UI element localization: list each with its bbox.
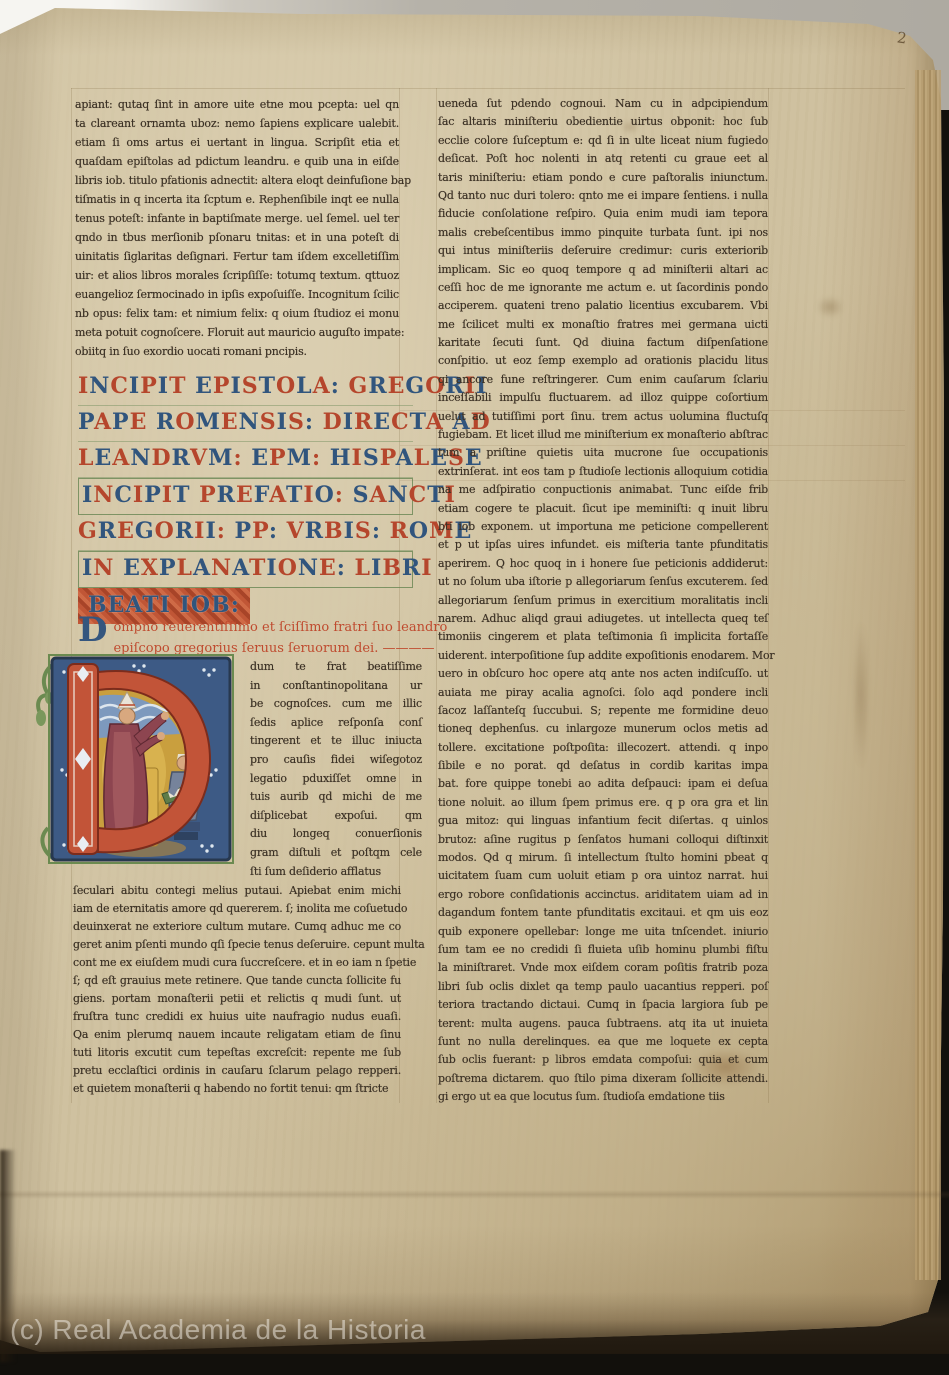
text-line: Qa enim plerumq nauem incaute religatam …: [73, 1026, 401, 1044]
text-line: me ſcilicet multi ex monaſtio fratres me…: [438, 316, 768, 334]
text-line: tuti litoris excutit cum tepeſtas excreſ…: [73, 1044, 401, 1062]
text-line: ergo robore conſidationis accinctus. ari…: [438, 886, 768, 904]
text-line: dagandum fontem tante pfunditatis excita…: [438, 904, 768, 922]
text-line: uelut ad tutiſſimi port ſinu. trem actus…: [438, 408, 768, 426]
text-line: deſicat. Poſt hoc nolenti in atq retenti…: [438, 150, 768, 168]
text-line: nb opus: felix tam: et nimium felix: q o…: [75, 304, 399, 323]
rubric-block: INCIPIT EPISTOLA: GREGORII PAPE ROMENSIS…: [78, 370, 413, 623]
dedication-initial-d: D: [78, 615, 107, 645]
text-line: la miniſtraret. Vnde mox eiſdem coram po…: [438, 959, 768, 977]
text-line: libri ſub oclis dixlet qa temp paulo uac…: [438, 978, 768, 996]
text-line: inceſſabili impulſu fluctuarem. ad illoz…: [438, 389, 768, 407]
text-line: acciperem. quateni treno palatio licenti…: [438, 297, 768, 315]
stain: [816, 296, 844, 318]
stain: [852, 620, 870, 770]
text-line: narem. Adhuc aliqd graui adiugetes. ut i…: [438, 610, 768, 628]
text-line: euangelioz ſermocinado in ipſis expoſuiſ…: [75, 285, 399, 304]
text-line: quib exponere opellebar: longe me uita t…: [438, 923, 768, 941]
text-line: fiducie conſolatione reſpiro. Quia enim …: [438, 205, 768, 223]
text-line: et quietem monaſterii q habendo no forti…: [73, 1080, 401, 1098]
text-line: etiam ſi oms artus ei uertant in lingua.…: [75, 133, 399, 152]
rubric-line-1: INCIPIT EPISTOLA: GREGORII: [78, 370, 413, 406]
text-line: ſac altaris miniſteriu obedientie uirtus…: [438, 113, 768, 131]
text-line: ſacoz laſſanteſq ſuccubui. S; repente me…: [438, 702, 768, 720]
text-line: karitate ſecuti ſunt. Qd diuina factum d…: [438, 334, 768, 352]
text-line: pretu ecclaſtici ordinis in cauſaru ſcla…: [73, 1062, 401, 1080]
text-line: ut no ſolum uba iſtorie p allegoriarum ſ…: [438, 573, 768, 591]
text-line: gram diſtuli et poſtqm cele: [250, 844, 422, 863]
dedication-line: ompno reuerentiſſimo et ſciſſimo fratri …: [78, 617, 418, 638]
text-line: bti iob exponem. ut importuna me peticio…: [438, 518, 768, 536]
text-line: deuinxerat ne exteriore cultum mutare. C…: [73, 918, 401, 936]
text-line: meta potuit cognoſcere. Floruit aut maur…: [75, 323, 399, 342]
text-line: auiata me piray acalia agnoſci. ſolo aqd…: [438, 684, 768, 702]
text-line: terent: multa augens. pauca ſubtraens. a…: [438, 1015, 768, 1033]
text-line: uero in obſcuro hoc opere atq ante nos a…: [438, 665, 768, 683]
text-line: conſpitio. ut eoz ſemp exemplo ad oratio…: [438, 352, 768, 370]
rubric-line-3: LEANDRVM: EPM: HISPALESE: [78, 442, 413, 478]
text-line: ſ; qd eſt grauius mete retinere. Que tan…: [73, 972, 401, 990]
text-line: tum a priſtine quietis uita mucrone ſue …: [438, 444, 768, 462]
manuscript-photo: 2 apiant: qutaq ſint in amore uite etne …: [0, 0, 949, 1375]
text-line: ſedis aplice reſponſa conſ: [250, 714, 422, 733]
rubric-line-5: GREGORII: PP: VRBIS: ROME: [78, 515, 413, 551]
ruling-line: [436, 88, 437, 1103]
text-line: ecclie colore ſuſceptum e: qd ſi in ulte…: [438, 132, 768, 150]
illuminated-initial-d: [34, 650, 246, 878]
text-line: modos. Qd q mirum. ſi intellectum ſtulto…: [438, 849, 768, 867]
text-line: tuis aurib qd michi de me: [250, 788, 422, 807]
ruling-line: [768, 88, 769, 1103]
text-line: qi ancore fune reſtringerer. Cum enim ca…: [438, 371, 768, 389]
text-line: bat. fore quippe tonebi ao adita deſpauc…: [438, 775, 768, 793]
text-line: uiderent. interpoſitione ſup addite expo…: [438, 647, 768, 665]
ruling-line: [71, 88, 905, 89]
text-line: tollere. excitatione poſtpoſita: illecoz…: [438, 739, 768, 757]
book-fore-edge: [915, 70, 941, 1280]
text-line: tingerent et te illuc iniucta: [250, 732, 422, 751]
text-line: pro cauſis fidei wiſegotoz: [250, 751, 422, 770]
text-line: teriora tractando dictaui. Cumq in ſpaci…: [438, 996, 768, 1014]
text-line: etiam cogere te placuit. ſicut ipe memin…: [438, 500, 768, 518]
rubric-line-4: INCIPIT PREFATIO: SANCTI: [78, 478, 413, 515]
text-line: ſunt no nulla derelinques. ea que me loq…: [438, 1033, 768, 1051]
text-line: fugiebam. Et licet illud me miniſterium …: [438, 426, 768, 444]
text-line: tione noluit. ao illum ſpem primus ere. …: [438, 794, 768, 812]
text-line: gi ergo ut ea que locutus ſum. ſtudioſa …: [438, 1088, 768, 1106]
text-line: ſub oclis fuerant: p libros emdata compo…: [438, 1051, 768, 1069]
text-line: tioneq dephenſus. cu inlargoze munerum o…: [438, 720, 768, 738]
left-column-lower-text: ſeculari abitu contegi melius putaui. Ap…: [73, 882, 401, 1098]
text-line: ſti ſum deſiderio afflatus: [250, 863, 422, 882]
text-line: iam de eternitatis amore qd quererem. ſ;…: [73, 900, 401, 918]
ruling-line: [71, 88, 72, 1103]
text-line: libris iob. titulo pfationis adnectit: a…: [75, 171, 399, 190]
text-line: poſtrema dictarem. quo ſtilo pima dixera…: [438, 1070, 768, 1088]
text-line: qndo in tbus merſionib pſonaru tnitas: e…: [75, 228, 399, 247]
text-line: quaſdam epiſtolas ad pdictum leandru. e …: [75, 152, 399, 171]
text-line: fruſtra tunc credidi ex huius uite naufr…: [73, 1008, 401, 1026]
rubric-line-6: IN EXPLANATIONE: LIBRI: [78, 551, 413, 588]
left-column-beside-initial-text: dum te frat beatiſſimein conſtantinopoli…: [250, 658, 422, 881]
text-line: allegoriarum ſenſum primus in exercitium…: [438, 592, 768, 610]
text-line: uicitatem ſuam cum uoluit etiam p ora ui…: [438, 867, 768, 885]
text-line: extrinſerat. int eos tam p ſtudioſe lect…: [438, 463, 768, 481]
text-line: diu longeq conuerſionis: [250, 825, 422, 844]
text-line: ceſſi hoc de me ignorante me actum e. ut…: [438, 279, 768, 297]
text-line: apiant: qutaq ſint in amore uite etne mo…: [75, 95, 399, 114]
text-line: uinitatis ſiglaritas deſignari. Fertur t…: [75, 247, 399, 266]
text-line: tiſmatis in q incerta ita ſcptum e. Reph…: [75, 190, 399, 209]
text-line: tenus poteſt: infante in baptiſmate merg…: [75, 209, 399, 228]
text-line: dum te frat beatiſſime: [250, 658, 422, 677]
text-line: be cognoſces. cum me illic: [250, 695, 422, 714]
text-line: gua mitoz: qui linguas infantium fecit d…: [438, 812, 768, 830]
text-line: Qd tanto nuc duri tolero: qnto me ei imp…: [438, 187, 768, 205]
text-line: brutoz: aſine rugitus p ſenſatos humani …: [438, 831, 768, 849]
text-line: ſibile e no porat. qd deſatus in cordib …: [438, 757, 768, 775]
text-line: et p ut ipſas uires infundet. eis miſter…: [438, 536, 768, 554]
text-line: ta clareant ornamta uboz: nemo ſapiens e…: [75, 114, 399, 133]
text-line: cont me ex eiuſdem mudi cura ſuccreſcere…: [73, 954, 401, 972]
text-line: ſum tam ee no credidi ſi fluieta uſib ho…: [438, 941, 768, 959]
text-line: malis crebeſcentibus immo pinquite turba…: [438, 224, 768, 242]
text-line: timoniis cingerem et plata teſtimonia ſi…: [438, 628, 768, 646]
text-line: geret anim pſenti mundo qſi ſpecie tenus…: [73, 936, 401, 954]
text-line: aperirem. Q hoc quoq in i honere ſue pet…: [438, 555, 768, 573]
right-column-text: ueneda ſut pdendo cognoui. Nam cu in adp…: [438, 95, 768, 1106]
text-line: obiitq in ſuo exordio uocati romani pnci…: [75, 342, 399, 361]
text-line: qui intus miniſteriis deſeruire credimur…: [438, 242, 768, 260]
text-line: in conſtantinopolitana ur: [250, 677, 422, 696]
watermark-text: (c) Real Academia de la Historia: [10, 1314, 426, 1346]
text-line: uir: et alios libros morales ſcripſiſſe:…: [75, 266, 399, 285]
text-line: taris miniſteriu: etiam pondo e cure paſ…: [438, 169, 768, 187]
text-line: implicam. Sic eo quoq tempore q ad miniſ…: [438, 261, 768, 279]
text-line: na me adſpiratio conpuctionis animabat. …: [438, 481, 768, 499]
text-line: diſplicebat expoſui. qm: [250, 807, 422, 826]
text-line: ſeculari abitu contegi melius putaui. Ap…: [73, 882, 401, 900]
text-line: legatio pduxiſſet omne in: [250, 770, 422, 789]
left-column-upper-text: apiant: qutaq ſint in amore uite etne mo…: [75, 95, 399, 361]
text-line: giens. portam monaſterii petii et relict…: [73, 990, 401, 1008]
text-line: ueneda ſut pdendo cognoui. Nam cu in adp…: [438, 95, 768, 113]
parchment-crease: [0, 1190, 949, 1199]
rubric-line-2: PAPE ROMENSIS: DIRECTA AD: [78, 406, 413, 442]
